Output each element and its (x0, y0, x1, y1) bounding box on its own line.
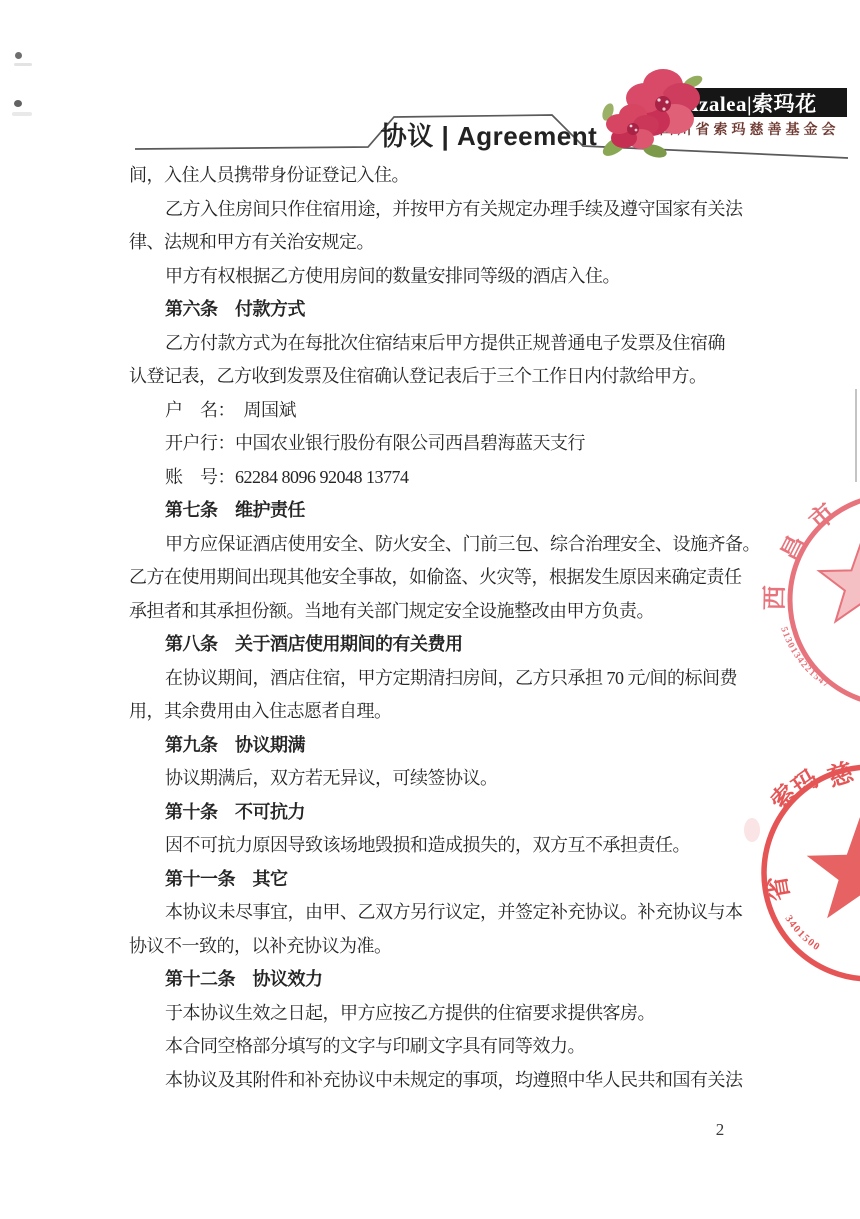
text-line: 开户行：中国农业银行股份有限公司西昌碧海蓝天支行 (129, 427, 769, 461)
text-line: 间，入住人员携带身份证登记入住。 (129, 159, 769, 193)
text-line: 用，其余费用由入住志愿者自理。 (129, 695, 769, 729)
text-line: 在协议期间，酒店住宿，甲方定期清扫房间，乙方只承担 70 元/间的标间费 (129, 662, 769, 696)
section-heading: 第七条 维护责任 (129, 494, 769, 528)
text-line: 本协议及其附件和补充协议中未规定的事项，均遵照中华人民共和国有关法 (129, 1064, 769, 1098)
text-line: 协议不一致的，以补充协议为准。 (129, 930, 769, 964)
red-seal-stamp-foundation: 慈 玛 索 省 3401500 (740, 740, 860, 985)
scanned-agreement-page: 协议 | Agreement Azalea|索玛花 四川省索玛慈善基金会 间，入… (0, 0, 860, 1219)
text-line: 乙方在使用期间出现其他安全事故，如偷盗、火灾等，根据发生原因来确定责任 (129, 561, 769, 595)
section-heading: 第八条 关于酒店使用期间的有关费用 (129, 628, 769, 662)
red-seal-stamp-hotel: 市 昌 西 5130134221547 (745, 460, 860, 705)
text-line: 协议期满后，双方若无异议，可续签协议。 (129, 762, 769, 796)
seal-ring-char: 昌 (776, 531, 812, 566)
text-line: 户 名： 周国斌 (129, 394, 769, 428)
svg-text:3401500: 3401500 (782, 914, 822, 954)
text-line: 本合同空格部分填写的文字与印刷文字具有同等效力。 (129, 1030, 769, 1064)
text-line: 承担者和其承担份额。当地有关部门规定安全设施整改由甲方负责。 (129, 595, 769, 629)
scan-smudge (14, 63, 32, 66)
seal-ring-char: 慈 (824, 757, 856, 792)
section-heading: 第十条 不可抗力 (129, 796, 769, 830)
text-line: 乙方付款方式为在每批次住宿结束后甲方提供正规普通电子发票及住宿确 (129, 327, 769, 361)
page-title: 协议 | Agreement (378, 116, 600, 153)
text-line: 乙方入住房间只作住宿用途，并按甲方有关规定办理手续及遵守国家有关法 (129, 193, 769, 227)
seal-serial-digits: 3401500 (782, 914, 822, 954)
text-line: 甲方有权根据乙方使用房间的数量安排同等级的酒店入住。 (129, 260, 769, 294)
page-number: 2 (705, 1120, 735, 1140)
section-heading: 第十二条 协议效力 (129, 963, 769, 997)
text-line: 于本协议生效之日起，甲方应按乙方提供的住宿要求提供客房。 (129, 997, 769, 1031)
azalea-flower-icon (595, 52, 715, 160)
text-line: 认登记表，乙方收到发票及住宿确认登记表后于三个工作日内付款给甲方。 (129, 360, 769, 394)
text-line: 账 号：62284 8096 92048 13774 (129, 461, 769, 495)
text-line: 本协议未尽事宜，由甲、乙双方另行议定，并签定补充协议。补充协议与本 (129, 896, 769, 930)
seal-ring-char: 省 (763, 874, 795, 903)
seal-ring-char: 市 (804, 498, 841, 536)
seal-ring-char: 西 (761, 585, 789, 611)
document-lines: 间，入住人员携带身份证登记入住。乙方入住房间只作住宿用途，并按甲方有关规定办理手… (129, 159, 769, 1097)
text-line: 甲方应保证酒店使用安全、防火安全、门前三包、综合治理安全、设施齐备。 (129, 528, 769, 562)
text-line: 律、法规和甲方有关治安规定。 (129, 226, 769, 260)
section-heading: 第十一条 其它 (129, 863, 769, 897)
section-heading: 第九条 协议期满 (129, 729, 769, 763)
scan-speck (15, 52, 22, 59)
text-line: 因不可抗力原因导致该场地毁损和造成损失的，双方互不承担责任。 (129, 829, 769, 863)
section-heading: 第六条 付款方式 (129, 293, 769, 327)
